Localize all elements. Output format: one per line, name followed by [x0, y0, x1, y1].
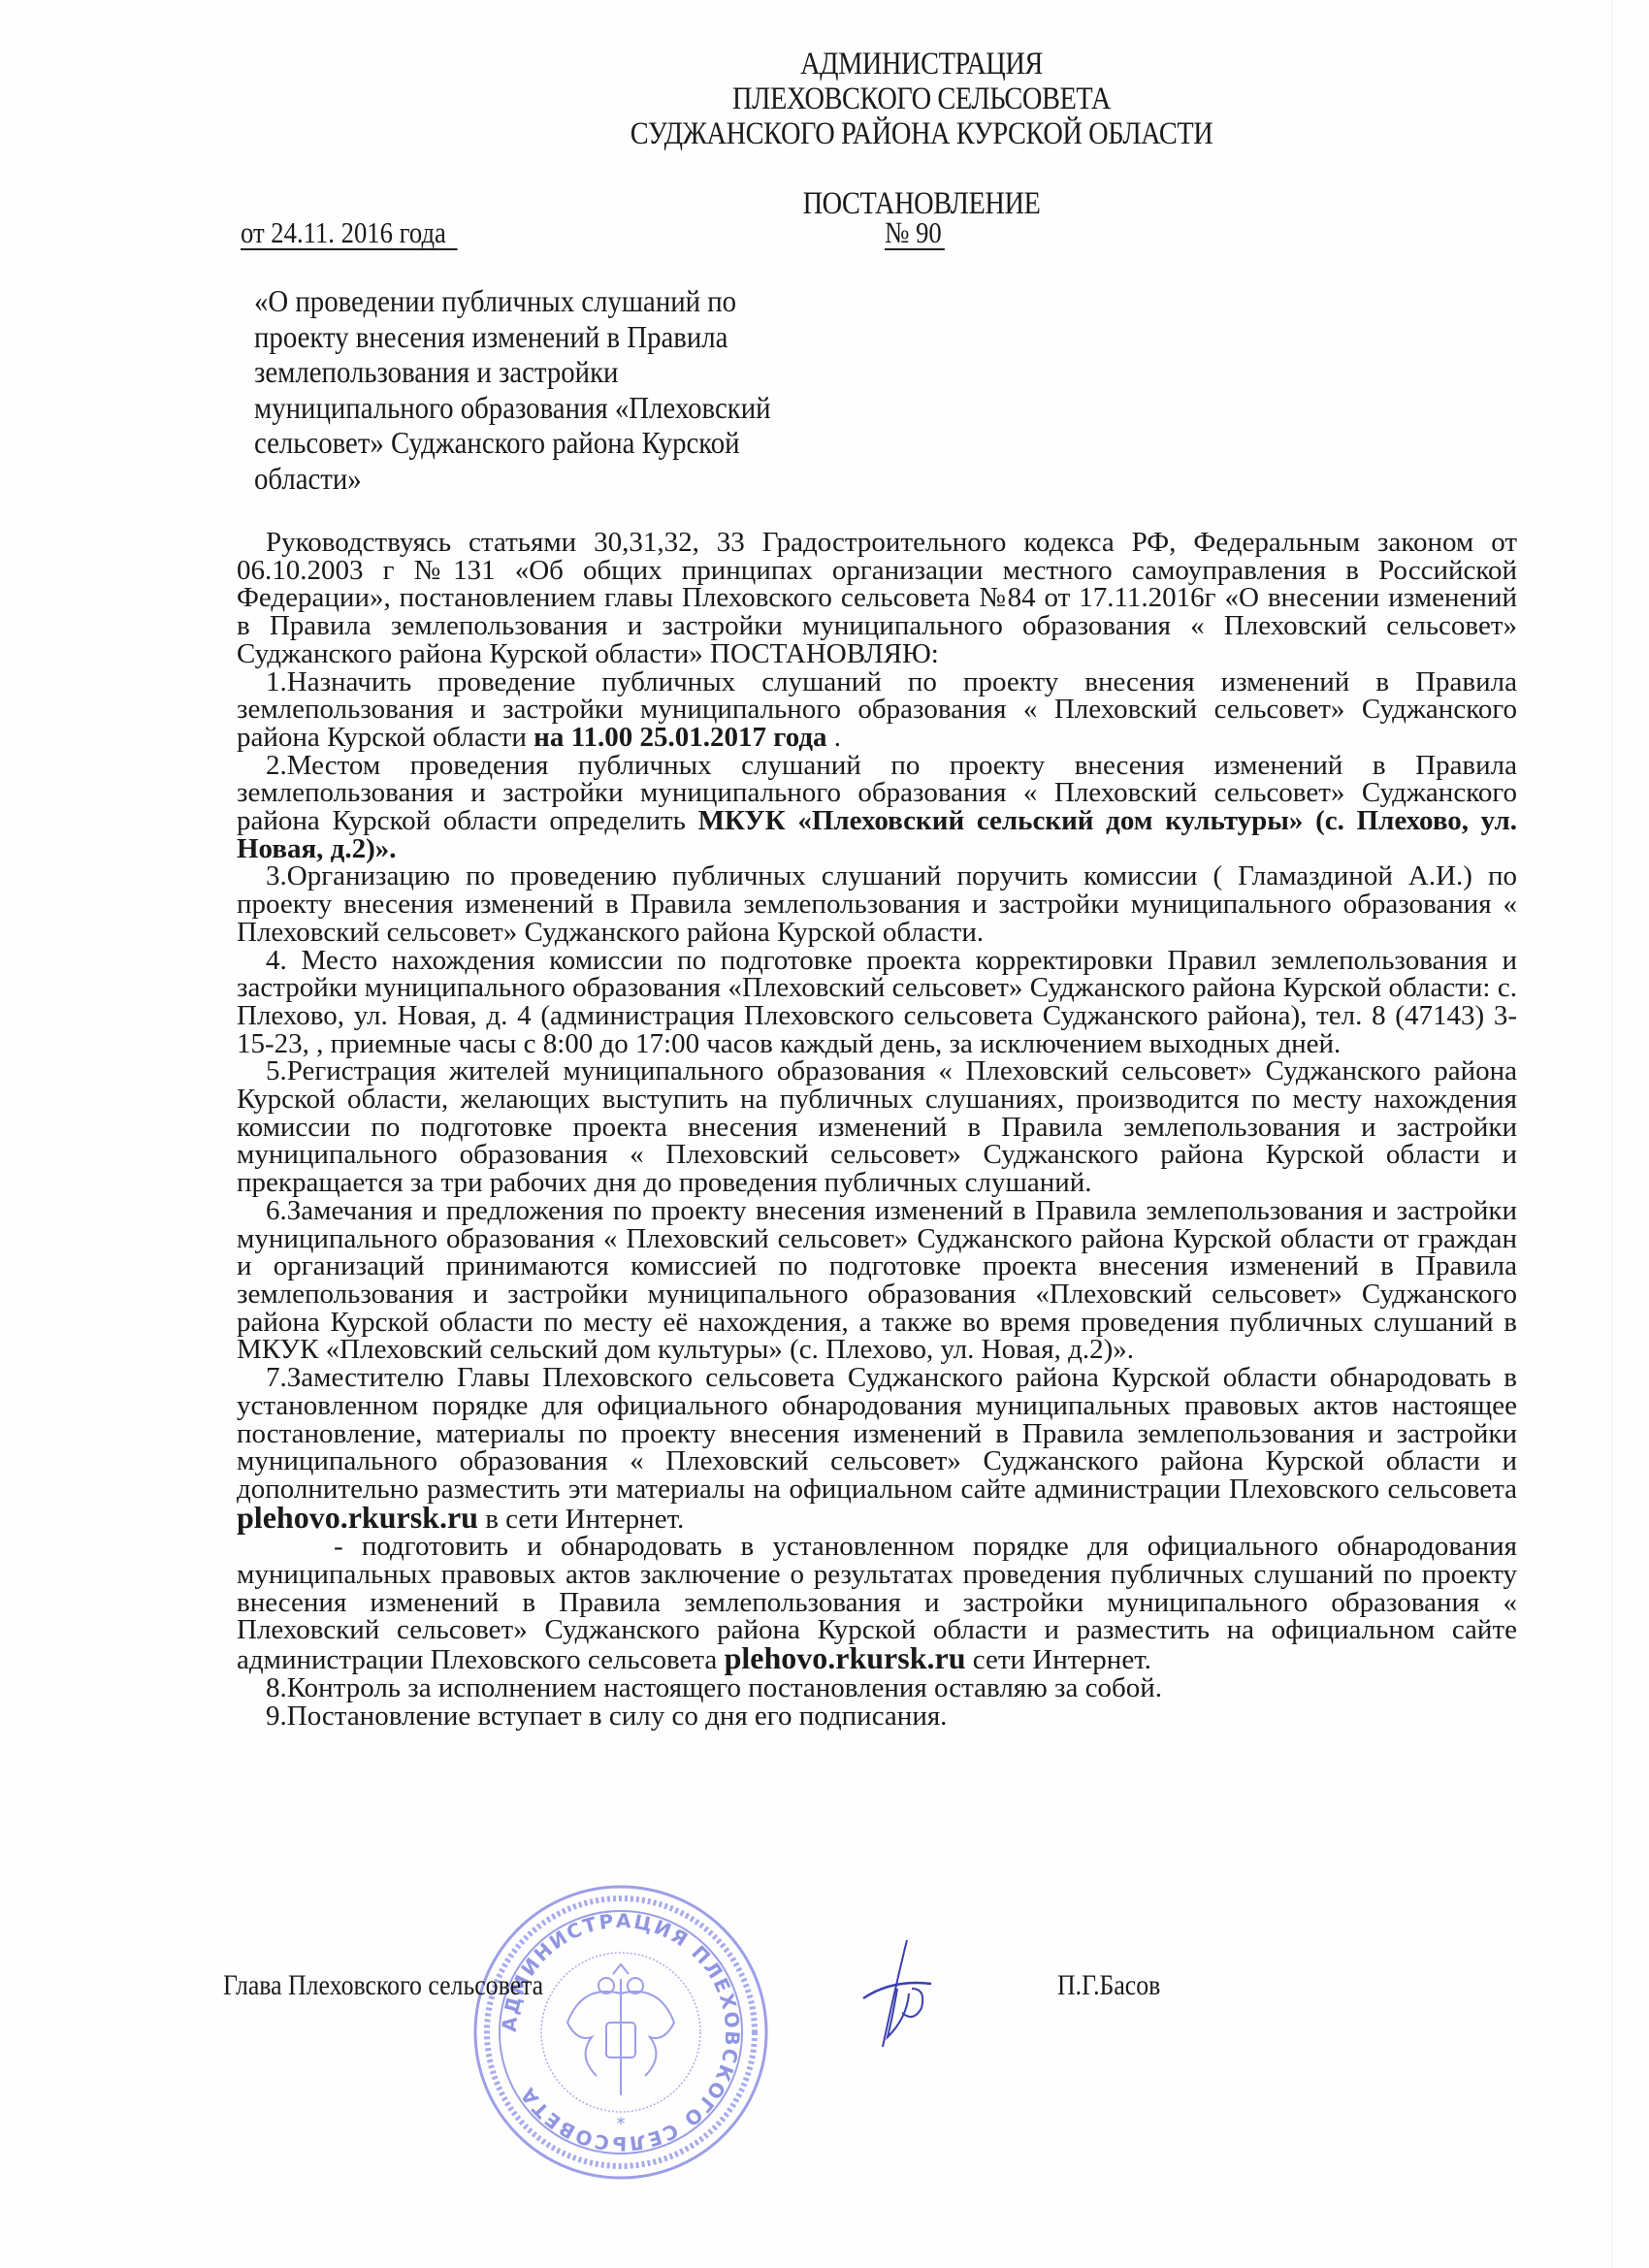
subject-line: области» — [254, 461, 778, 497]
signatory-position: Глава Плеховского сельсовета — [223, 1969, 543, 2002]
item-5: 5.Регистрация жителей муниципального обр… — [237, 1057, 1517, 1197]
header-line-2: ПЛЕХОВСКОГО СЕЛЬСОВЕТА — [630, 81, 1213, 116]
item-3: 3.Организацию по проведению публичных сл… — [237, 862, 1517, 946]
document-body: Руководствуясь статьями 30,31,32, 33 Гра… — [237, 529, 1517, 1730]
item-9: 9.Постановление вступает в силу со дня е… — [237, 1702, 1517, 1731]
item-1: 1.Назначить проведение публичных слушани… — [237, 668, 1517, 752]
item-2: 2.Местом проведения публичных слушаний п… — [237, 752, 1517, 863]
official-stamp-icon: АДМИНИСТРАЦИЯ ПЛЕХОВСКОГО СЕЛЬСОВЕТА * — [466, 1877, 776, 2187]
document-page: АДМИНИСТРАЦИЯ ПЛЕХОВСКОГО СЕЛЬСОВЕТА СУД… — [0, 0, 1649, 2268]
document-number: № 90 — [885, 217, 945, 250]
subject-line: муниципального образования «Плеховский — [254, 390, 778, 426]
scan-edge — [1611, 0, 1612, 2268]
subject-line: сельсовет» Суджанского района Курской — [254, 425, 778, 461]
document-date: от 24.11. 2016 года — [241, 217, 458, 250]
subject-line: проекту внесения изменений в Правила — [254, 319, 778, 355]
preamble: Руководствуясь статьями 30,31,32, 33 Гра… — [237, 529, 1517, 668]
signatory-name: П.Г.Басов — [1057, 1969, 1160, 2002]
hearing-datetime: на 11.00 25.01.2017 года — [533, 722, 826, 753]
item-8: 8.Контроль за исполнением настоящего пос… — [237, 1674, 1517, 1702]
organization-header: АДМИНИСТРАЦИЯ ПЛЕХОВСКОГО СЕЛЬСОВЕТА СУД… — [630, 47, 1213, 151]
header-line-3: СУДЖАНСКОГО РАЙОНА КУРСКОЙ ОБЛАСТИ — [630, 116, 1213, 151]
website-link[interactable]: plehovo.rkursk.ru — [725, 1640, 966, 1675]
document-subject: «О проведении публичных слушаний по прое… — [254, 283, 778, 496]
header-line-1: АДМИНИСТРАЦИЯ — [630, 47, 1213, 81]
subject-line: землепользования и застройки — [254, 354, 778, 390]
item-4: 4. Место нахождения комиссии по подготов… — [237, 947, 1517, 1058]
item-7: 7.Заместителю Главы Плеховского сельсове… — [237, 1364, 1517, 1533]
subject-line: «О проведении публичных слушаний по — [254, 283, 778, 319]
item-6: 6.Замечания и предложения по проекту вне… — [237, 1197, 1517, 1364]
signature-block: Глава Плеховского сельсовета П.Г.Басов — [223, 1969, 1484, 2008]
item-7-sub: - подготовить и обнародовать в установле… — [237, 1533, 1517, 1674]
website-link[interactable]: plehovo.rkursk.ru — [237, 1500, 478, 1535]
svg-text:*: * — [617, 2114, 626, 2134]
